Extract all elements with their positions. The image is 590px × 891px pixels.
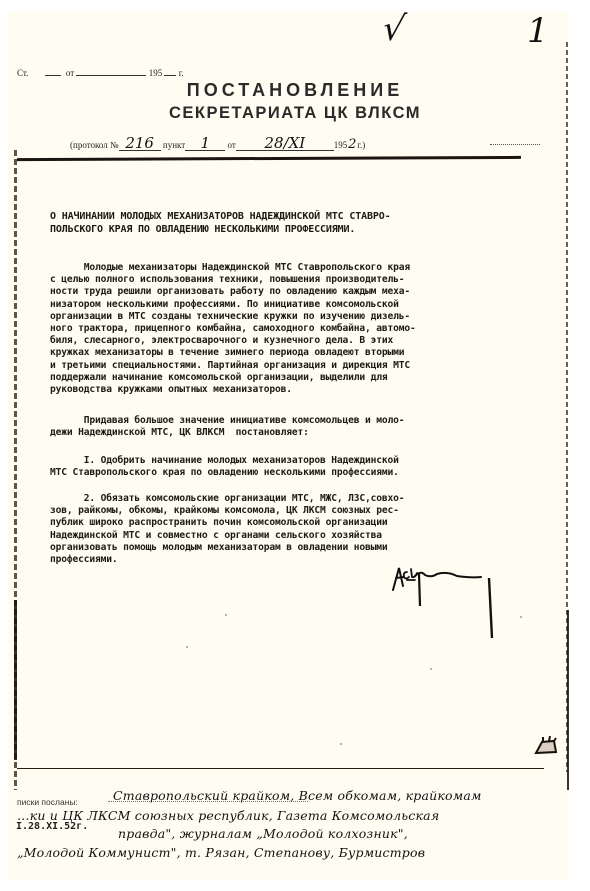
paragraph-resolves: Придавая большое значение инициативе ком… (50, 415, 404, 439)
dotted-mark (490, 144, 540, 145)
form-from-label: от (66, 68, 74, 78)
protocol-item: 1 (185, 136, 225, 151)
paper-speck (520, 616, 522, 618)
form-year-prefix: 195 (149, 68, 163, 78)
protocol-year-prefix: 195 (334, 140, 348, 150)
form-prefix: Ст. (17, 68, 28, 78)
form-reference-line: Ст. от 195 г. (17, 68, 184, 78)
form-year-suffix: г. (179, 68, 184, 78)
distribution-label: писки посланы: (17, 797, 78, 807)
distribution-handwritten-line: правда", журналам „Молодой колхозник", (118, 826, 408, 841)
protocol-year-digit: 2 (347, 138, 357, 152)
protocol-open: (протокол № (70, 140, 119, 150)
document-title: ПОСТАНОВЛЕНИЕ (0, 80, 590, 101)
protocol-number: 216 (119, 136, 161, 151)
ink-blot-icon (532, 736, 560, 756)
paper-speck (430, 668, 432, 670)
footer-rule (17, 768, 544, 769)
document-issuer: СЕКРЕТАРИАТА ЦК ВЛКСМ (0, 104, 590, 123)
page-number-annotation: 1 (527, 14, 549, 48)
distribution-handwritten-line: „Молодой Коммунист", т. Рязан, Степанову… (17, 845, 425, 860)
resolution-subject: О НАЧИНАНИИ МОЛОДЫХ МЕХАНИЗАТОРОВ НАДЕЖД… (50, 210, 391, 236)
distribution-handwritten-line: …ки и ЦК ЛКСМ союзных республик, Газета … (17, 808, 439, 823)
protocol-from-label: от (227, 140, 235, 150)
protocol-date: 28/XI (236, 136, 334, 151)
distribution-handwritten-line: Ставропольский крайком, Всем обкомам, кр… (113, 788, 482, 803)
paper-speck (186, 646, 188, 648)
resolution-point-2: 2. Обязать комсомольские организации МТС… (50, 493, 404, 566)
resolution-point-1: I. Одобрить начинание молодых механизато… (50, 455, 399, 479)
paragraph-background: Молодые механизаторы Надеждинской МТС Ст… (50, 262, 416, 396)
protocol-close: г.) (357, 140, 365, 150)
page-edge-right-dark (567, 610, 569, 790)
protocol-item-label: пункт (163, 140, 185, 150)
page-edge-left-dark (14, 600, 17, 760)
paper-speck (225, 614, 227, 616)
signature-scribble-icon (385, 560, 515, 640)
paper-speck (340, 743, 342, 745)
protocol-line: (протокол №216 пункт1 от28/XI1952г.) (70, 136, 365, 152)
signature (385, 560, 515, 640)
